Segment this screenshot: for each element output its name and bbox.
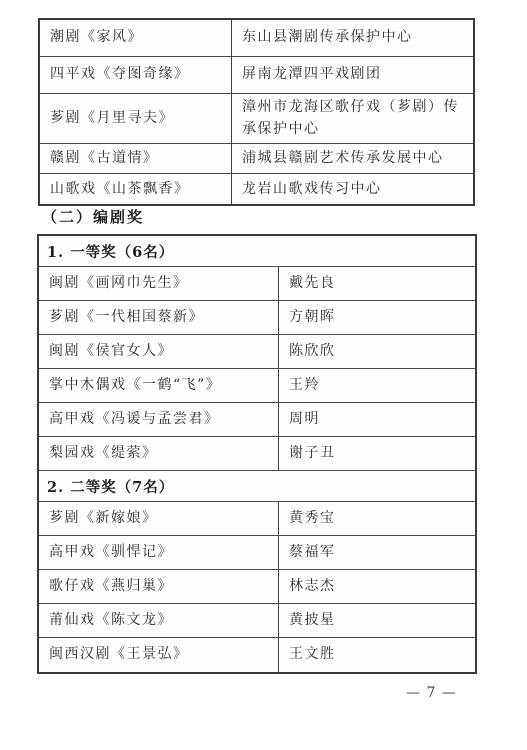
- winner-name-cell: 陈欣欣: [279, 335, 475, 368]
- performing-org-table: 潮剧《家风》 东山县潮剧传承保护中心 四平戏《夺图奇缘》 屏南龙潭四平戏剧团 芗…: [38, 18, 475, 206]
- table-row: 歌仔戏《燕归巢》 林志杰: [39, 570, 475, 604]
- work-title: 闽剧《画网巾先生》: [49, 273, 189, 295]
- organization: 龙岩山歌戏传习中心: [242, 179, 382, 201]
- work-title: 潮剧《家风》: [50, 27, 143, 49]
- section-heading: （二）编剧奖: [42, 206, 144, 227]
- organization-cell: 漳州市龙海区歌仔戏（芗剧）传承保护中心: [232, 94, 473, 143]
- work-title-cell: 芗剧《月里寻夫》: [40, 94, 232, 143]
- work-title: 芗剧《一代相国蔡新》: [49, 307, 204, 329]
- table-row: 山歌戏《山茶飘香》 龙岩山歌戏传习中心: [40, 174, 473, 204]
- winner-name-cell: 林志杰: [279, 570, 475, 603]
- work-title: 山歌戏《山茶飘香》: [50, 179, 190, 201]
- winner-name: 谢子丑: [289, 443, 336, 465]
- work-title-cell: 山歌戏《山茶飘香》: [40, 174, 232, 204]
- organization-cell: 东山县潮剧传承保护中心: [232, 20, 473, 56]
- table-row: 梨园戏《缇萦》 谢子丑: [39, 437, 475, 471]
- prize-section-header: 2. 二等奖（7名）: [39, 471, 475, 502]
- winner-name-cell: 王羚: [279, 369, 475, 402]
- winner-name-cell: 方朝晖: [279, 301, 475, 334]
- winner-name: 林志杰: [289, 576, 336, 598]
- work-title-cell: 高甲戏《冯谖与孟尝君》: [39, 403, 279, 436]
- winner-name: 黄披星: [289, 610, 336, 632]
- work-title-cell: 闽剧《侯官女人》: [39, 335, 279, 368]
- winner-name: 方朝晖: [289, 307, 336, 329]
- table-row: 莆仙戏《陈文龙》 黄披星: [39, 604, 475, 638]
- work-title: 赣剧《古道情》: [50, 148, 159, 170]
- organization: 屏南龙潭四平戏剧团: [242, 64, 382, 86]
- work-title: 高甲戏《驯悍记》: [49, 542, 173, 564]
- prize-section-header: 1. 一等奖（6名）: [39, 236, 475, 267]
- table-row: 掌中木偶戏《一鹤“飞”》 王羚: [39, 369, 475, 403]
- page-number: — 7 —: [406, 685, 457, 701]
- work-title-cell: 掌中木偶戏《一鹤“飞”》: [39, 369, 279, 402]
- work-title-cell: 潮剧《家风》: [40, 20, 232, 56]
- work-title-cell: 歌仔戏《燕归巢》: [39, 570, 279, 603]
- work-title-cell: 闽剧《画网巾先生》: [39, 267, 279, 300]
- winner-name-cell: 谢子丑: [279, 437, 475, 470]
- winner-name: 周明: [289, 409, 320, 431]
- table-row: 闽剧《侯官女人》 陈欣欣: [39, 335, 475, 369]
- winner-name-cell: 黄披星: [279, 604, 475, 637]
- winner-name: 陈欣欣: [289, 341, 336, 363]
- organization-cell: 屏南龙潭四平戏剧团: [232, 57, 473, 93]
- work-title: 梨园戏《缇萦》: [49, 443, 158, 465]
- work-title-cell: 四平戏《夺图奇缘》: [40, 57, 232, 93]
- organization-cell: 浦城县赣剧艺术传承发展中心: [232, 144, 473, 173]
- work-title: 四平戏《夺图奇缘》: [50, 64, 190, 86]
- work-title: 闽剧《侯官女人》: [49, 341, 173, 363]
- organization: 漳州市龙海区歌仔戏（芗剧）传承保护中心: [242, 97, 465, 140]
- table-row: 芗剧《一代相国蔡新》 方朝晖: [39, 301, 475, 335]
- table-row: 高甲戏《驯悍记》 蔡福军: [39, 536, 475, 570]
- work-title-cell: 芗剧《一代相国蔡新》: [39, 301, 279, 334]
- table-row: 潮剧《家风》 东山县潮剧传承保护中心: [40, 20, 473, 57]
- work-title-cell: 高甲戏《驯悍记》: [39, 536, 279, 569]
- winner-name-cell: 戴先良: [279, 267, 475, 300]
- work-title: 莆仙戏《陈文龙》: [49, 610, 173, 632]
- winner-name-cell: 黄秀宝: [279, 502, 475, 535]
- work-title: 芗剧《月里寻夫》: [50, 108, 174, 130]
- work-title: 芗剧《新嫁娘》: [49, 508, 158, 530]
- work-title-cell: 赣剧《古道情》: [40, 144, 232, 173]
- work-title-cell: 芗剧《新嫁娘》: [39, 502, 279, 535]
- work-title: 歌仔戏《燕归巢》: [49, 576, 173, 598]
- winner-name-cell: 蔡福军: [279, 536, 475, 569]
- table-row: 芗剧《新嫁娘》 黄秀宝: [39, 502, 475, 536]
- table-row: 闽西汉剧《王景弘》 王文胜: [39, 638, 475, 672]
- work-title-cell: 梨园戏《缇萦》: [39, 437, 279, 470]
- organization-cell: 龙岩山歌戏传习中心: [232, 174, 473, 204]
- winner-name: 王羚: [289, 375, 320, 397]
- table-row: 四平戏《夺图奇缘》 屏南龙潭四平戏剧团: [40, 57, 473, 94]
- playwright-award-table: 1. 一等奖（6名） 闽剧《画网巾先生》 戴先良 芗剧《一代相国蔡新》 方朝晖 …: [37, 234, 477, 674]
- winner-name-cell: 王文胜: [279, 638, 475, 672]
- prize-section-title: 1. 一等奖（6名）: [47, 241, 174, 262]
- organization: 东山县潮剧传承保护中心: [242, 27, 413, 49]
- organization: 浦城县赣剧艺术传承发展中心: [242, 148, 444, 170]
- work-title: 闽西汉剧《王景弘》: [49, 644, 189, 666]
- table-row: 高甲戏《冯谖与孟尝君》 周明: [39, 403, 475, 437]
- prize-section-title: 2. 二等奖（7名）: [47, 476, 174, 497]
- work-title: 掌中木偶戏《一鹤“飞”》: [49, 375, 221, 397]
- winner-name: 蔡福军: [289, 542, 336, 564]
- table-row: 芗剧《月里寻夫》 漳州市龙海区歌仔戏（芗剧）传承保护中心: [40, 94, 473, 144]
- winner-name: 戴先良: [289, 273, 336, 295]
- winner-name: 王文胜: [289, 644, 336, 666]
- winner-name-cell: 周明: [279, 403, 475, 436]
- work-title: 高甲戏《冯谖与孟尝君》: [49, 409, 220, 431]
- work-title-cell: 闽西汉剧《王景弘》: [39, 638, 279, 672]
- table-row: 赣剧《古道情》 浦城县赣剧艺术传承发展中心: [40, 144, 473, 174]
- document-page: 潮剧《家风》 东山县潮剧传承保护中心 四平戏《夺图奇缘》 屏南龙潭四平戏剧团 芗…: [0, 0, 527, 750]
- table-row: 闽剧《画网巾先生》 戴先良: [39, 267, 475, 301]
- work-title-cell: 莆仙戏《陈文龙》: [39, 604, 279, 637]
- winner-name: 黄秀宝: [289, 508, 336, 530]
